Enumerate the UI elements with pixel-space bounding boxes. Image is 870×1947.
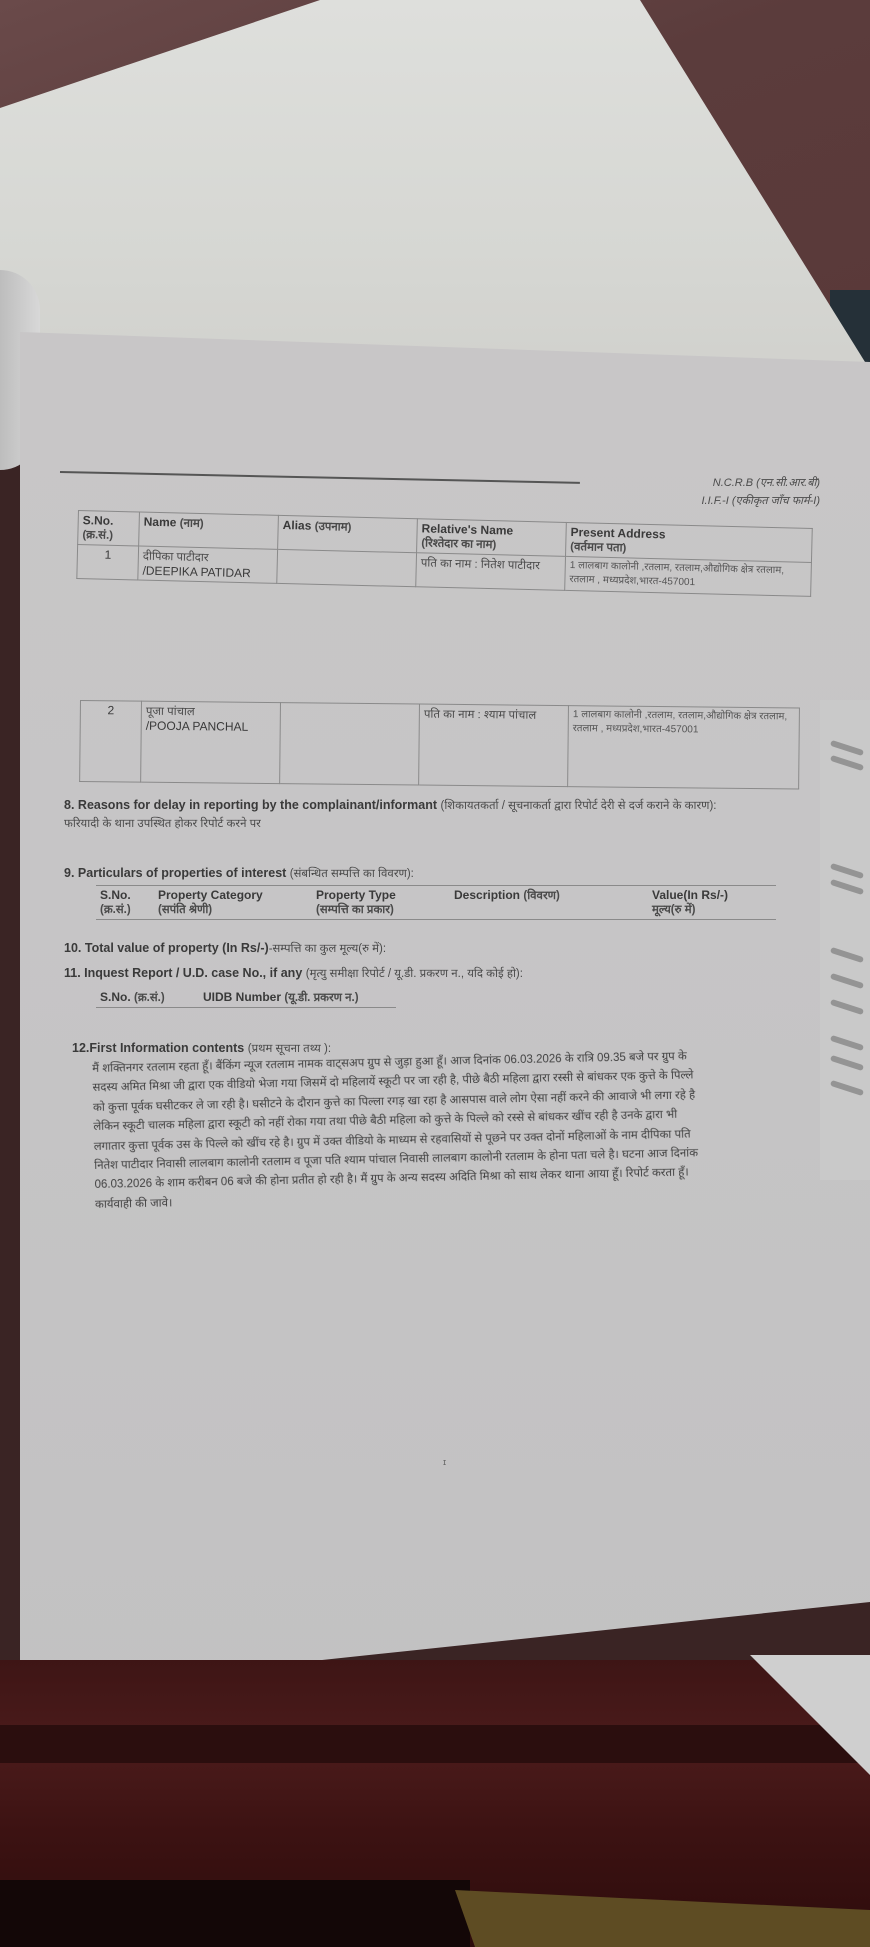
section-8-value: फरियादी के थाना उपस्थित होकर रिपोर्ट करन… — [64, 818, 261, 830]
table-header-row: S.No.(क्र.सं.) Property Category(सपंति श… — [96, 886, 776, 920]
section-10-title: Total value of property (In Rs/-) — [85, 941, 269, 955]
divider-line — [60, 471, 580, 484]
col-category: Property Category(सपंति श्रेणी) — [154, 886, 312, 920]
fir-document: N.C.R.B (एन.सी.आर.बी) I.I.F.-I (एकीकृत ज… — [0, 0, 870, 1947]
section-8-title: Reasons for delay in reporting by the co… — [78, 798, 437, 812]
section-8: 8. Reasons for delay in reporting by the… — [64, 797, 804, 833]
section-9: 9. Particulars of properties of interest… — [64, 865, 804, 883]
col-alias: Alias (उपनाम) — [278, 515, 418, 552]
row-relative: पति का नाम : श्याम पांचाल — [419, 704, 569, 787]
form-code-line1: N.C.R.B (एन.सी.आर.बी) — [600, 474, 820, 492]
row-name: पूजा पांचाल/POOJA PANCHAL — [141, 701, 281, 783]
col-value: Value(In Rs/-)मूल्य(रु में) — [648, 886, 776, 920]
accused-table-continued: 2 पूजा पांचाल/POOJA PANCHAL पति का नाम :… — [79, 700, 800, 790]
row-sno: 2 — [80, 701, 142, 783]
row-name: दीपिका पाटीदार/DEEPIKA PATIDAR — [138, 546, 278, 583]
col-relative: Relative's Name(रिश्तेदार का नाम) — [417, 519, 567, 557]
col-uidb: UIDB Number (यू.डी. प्रकरण न.) — [199, 988, 396, 1008]
col-sno: S.No.(क्र.सं.) — [96, 886, 154, 920]
section-10: 10. Total value of property (In Rs/-)-सम… — [64, 940, 386, 958]
table-row: 2 पूजा पांचाल/POOJA PANCHAL पति का नाम :… — [80, 701, 800, 790]
row-address: 1 लालबाग कालोनी ,रतलाम, रतलाम,औद्योगिक क… — [568, 706, 800, 789]
col-name: Name (नाम) — [139, 512, 279, 549]
row-alias — [280, 703, 420, 785]
section-9-title: Particulars of properties of interest — [78, 866, 286, 880]
form-code-line2: I.I.F.-I (एकीकृत जाँच फार्म-I) — [600, 492, 820, 510]
row-relative: पति का नाम : नितेश पाटीदार — [416, 553, 566, 591]
page-mark: ɪ — [443, 1457, 446, 1467]
row-address: 1 लालबाग कालोनी ,रतलाम, रतलाम,औद्योगिक क… — [565, 556, 812, 596]
section-12-title: First Information contents — [89, 1041, 244, 1055]
col-sno: S.No. (क्र.सं.) — [96, 988, 199, 1008]
section-11-title: Inquest Report / U.D. case No., if any — [84, 966, 302, 980]
section-11: 11. Inquest Report / U.D. case No., if a… — [64, 965, 523, 983]
row-alias — [277, 549, 417, 586]
col-sno: S.No.(क्र.सं.) — [78, 511, 140, 546]
accused-table: S.No.(क्र.सं.) Name (नाम) Alias (उपनाम) … — [76, 510, 812, 597]
col-type: Property Type(सम्पत्ति का प्रकार) — [312, 886, 450, 920]
row-sno: 1 — [77, 545, 139, 580]
col-description: Description (विवरण) — [450, 886, 648, 920]
property-table: S.No.(क्र.सं.) Property Category(सपंति श… — [96, 885, 776, 920]
uidb-table: S.No. (क्र.सं.) UIDB Number (यू.डी. प्रक… — [96, 988, 396, 1008]
form-code: N.C.R.B (एन.सी.आर.बी) I.I.F.-I (एकीकृत ज… — [600, 474, 820, 510]
table-header-row: S.No. (क्र.सं.) UIDB Number (यू.डी. प्रक… — [96, 988, 396, 1008]
first-information-contents: मैं शक्तिनगर रतलाम रहता हूँ। बैंकिंग न्य… — [92, 1047, 705, 1215]
